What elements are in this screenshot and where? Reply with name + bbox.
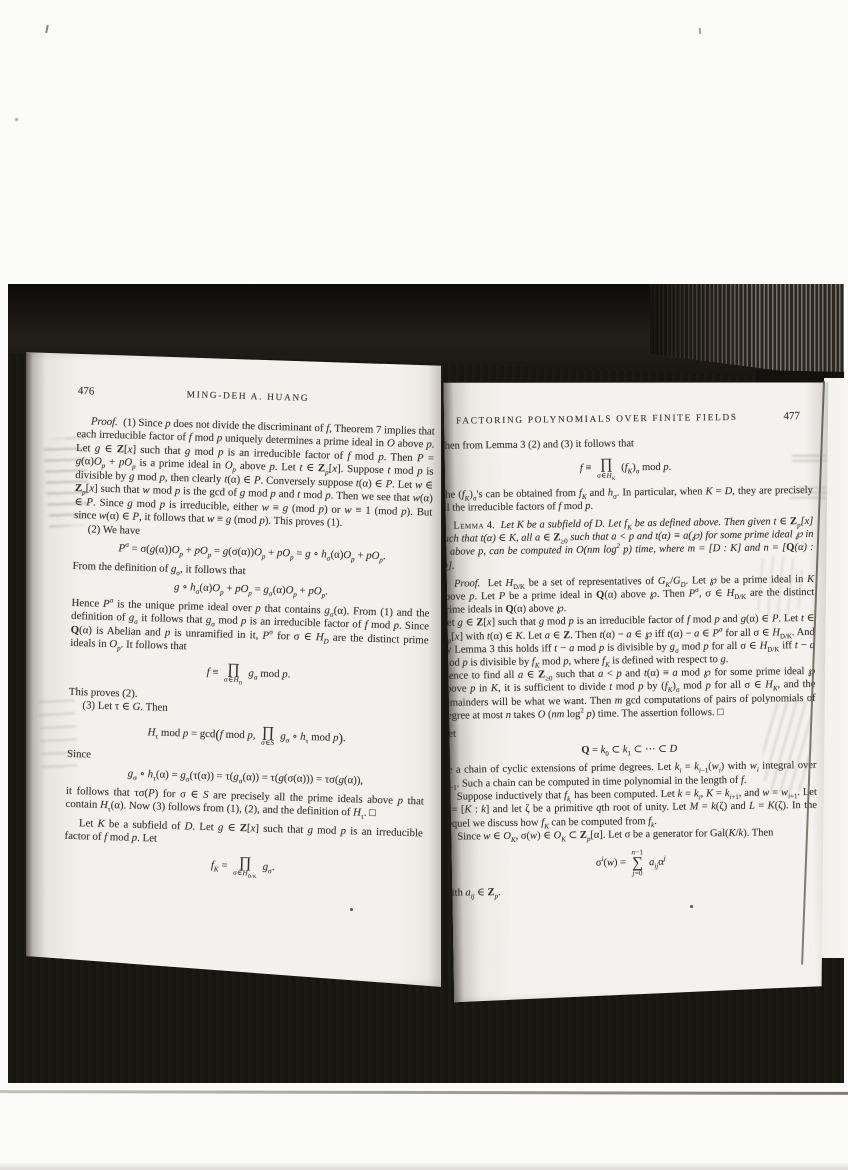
- left-page-body: Proof. (1) Since p does not divide the d…: [64, 414, 435, 882]
- display-formula: f ≡ ∏σ∈HK (fK)σ mod p.: [443, 455, 813, 481]
- dust-speck: [45, 25, 49, 33]
- text-paragraph: Let K be a subfield of D. Let g ∈ Z[x] s…: [64, 817, 423, 855]
- text-paragraph: it follows that τσ(P) for σ ∈ S are prec…: [65, 785, 424, 823]
- paper-edge-line: [0, 1090, 848, 1095]
- left-page-text-block: 476 MING-DEH A. HUANG Proof. (1) Since p…: [63, 385, 435, 889]
- text-paragraph: Lemma 4. Let K be a subfield of D. Let f…: [443, 515, 814, 573]
- right-page-header: FACTORING POLYNOMIALS OVER FINITE FIELDS…: [443, 410, 812, 429]
- text-paragraph: Suppose inductively that fki has been co…: [443, 786, 817, 831]
- text-paragraph: Proof. (1) Since p does not divide the d…: [74, 414, 435, 533]
- text-paragraph: Hence to find all a ∈ Z≥0 such that a < …: [443, 665, 816, 723]
- left-page-number: 476: [78, 385, 95, 399]
- left-page-header: 476 MING-DEH A. HUANG: [78, 385, 436, 410]
- dust-speck: [699, 28, 702, 34]
- display-formula: σi(w) = n−1∑j=0 aijαj: [444, 846, 818, 880]
- text-paragraph: The (fK)σ's can be obtained from fK and …: [443, 484, 813, 515]
- text-paragraph: Let g ∈ Z[x] such that g mod p is an irr…: [443, 612, 815, 670]
- text-paragraph: Then from Lemma 3 (2) and (3) it follows…: [443, 435, 812, 453]
- text-paragraph: Hence Pσ is the unique prime ideal over …: [70, 596, 429, 661]
- bottom-scan-shade: [0, 1162, 848, 1170]
- right-page: FACTORING POLYNOMIALS OVER FINITE FIELDS…: [443, 362, 839, 1009]
- text-paragraph: Let: [443, 723, 816, 741]
- right-page-body: Then from Lemma 3 (2) and (3) it follows…: [443, 435, 818, 900]
- text-paragraph: with aij ∈ Zp.: [444, 882, 818, 900]
- right-page-text-block: FACTORING POLYNOMIALS OVER FINITE FIELDS…: [443, 410, 818, 900]
- text-paragraph: Proof. Let HD/K be a set of representati…: [443, 573, 814, 618]
- right-page-number: 477: [752, 410, 812, 424]
- dust-speck: [14, 117, 19, 122]
- left-running-head: MING-DEH A. HUANG: [94, 386, 436, 410]
- display-formula: Q = k0 ⊂ k1 ⊂ ⋯ ⊂ D: [443, 741, 816, 759]
- left-page: 476 MING-DEH A. HUANG Proof. (1) Since p…: [26, 349, 441, 994]
- display-formula: Hτ mod p = gcd(f mod p, ∏σ∈S gσ ∘ hτ mod…: [67, 720, 425, 752]
- display-formula: f ≡ ∏σ∈HD gσ mod p.: [69, 657, 427, 689]
- right-running-head: FACTORING POLYNOMIALS OVER FINITE FIELDS: [443, 412, 752, 429]
- display-formula: fK = ∏σ∈HD/K gσ.: [64, 851, 422, 883]
